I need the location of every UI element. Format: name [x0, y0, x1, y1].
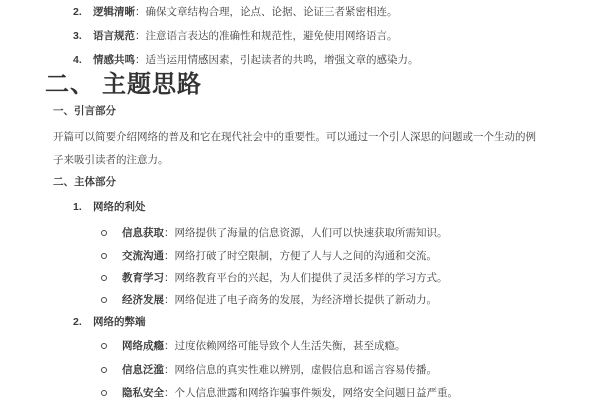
list-item-number: 2.: [73, 4, 93, 20]
circle-bullet-icon: [101, 390, 107, 396]
bullet-term: 交流沟通: [122, 250, 164, 262]
circle-bullet-icon: [101, 367, 107, 373]
bullet-term: 隐私安全: [122, 387, 164, 399]
list-item-desc: ：确保文章结构合理，论点、论据、论证三者紧密相连。: [135, 4, 398, 20]
body-section-title: 二、主体部分: [53, 174, 116, 190]
circle-bullet-icon: [101, 343, 107, 349]
list-item-term: 语言规范: [93, 28, 135, 44]
list-item-desc: ：注意语言表达的准确性和规范性，避免使用网络语言。: [135, 28, 398, 44]
bullet-item: 交流沟通：网络打破了时空限制，方便了人与人之间的沟通和交流。: [0, 248, 600, 264]
circle-bullet-icon: [101, 297, 107, 303]
subsection-title: 网络的利处: [93, 199, 146, 215]
intro-paragraph: 开篇可以简要介绍网络的普及和它在现代社会中的重要性。可以通过一个引人深思的问题或…: [53, 126, 545, 172]
subsection-title: 网络的弊端: [93, 314, 146, 330]
subsection-title-row: 2. 网络的弊端: [0, 314, 600, 330]
list-item-number: 3.: [73, 28, 93, 44]
bullet-desc: ：网络信息的真实性难以辨别，虚假信息和谣言容易传播。: [164, 364, 437, 376]
bullet-term: 信息获取: [122, 227, 164, 239]
heading-title: 主题思路: [102, 64, 202, 99]
bullet-desc: ：网络促进了电子商务的发展，为经济增长提供了新动力。: [164, 294, 437, 306]
bullet-desc: ：网络教育平台的兴起，为人们提供了灵活多样的学习方式。: [164, 272, 448, 284]
bullet-term: 经济发展: [122, 294, 164, 306]
bullet-item: 教育学习：网络教育平台的兴起，为人们提供了灵活多样的学习方式。: [0, 270, 600, 286]
subsection-number: 1.: [73, 199, 93, 215]
bullet-desc: ：网络提供了海量的信息资源，人们可以快速获取所需知识。: [164, 227, 448, 239]
circle-bullet-icon: [101, 253, 107, 259]
bullet-desc: ：网络打破了时空限制，方便了人与人之间的沟通和交流。: [164, 250, 437, 262]
circle-bullet-icon: [101, 230, 107, 236]
intro-section-title-row: 一、引言部分: [0, 103, 600, 119]
section-heading: 二、 主题思路: [45, 64, 202, 98]
bullet-term: 教育学习: [122, 272, 164, 284]
bullet-item: 信息泛滥：网络信息的真实性难以辨别，虚假信息和谣言容易传播。: [0, 362, 600, 378]
bullet-term: 信息泛滥: [122, 364, 164, 376]
bullet-desc: ：个人信息泄露和网络诈骗事件频发，网络安全问题日益严重。: [164, 387, 458, 399]
bullet-desc: ：过度依赖网络可能导致个人生活失衡，甚至成瘾。: [164, 340, 406, 352]
bullet-item: 经济发展：网络促进了电子商务的发展，为经济增长提供了新动力。: [0, 292, 600, 308]
list-item-term: 逻辑清晰: [93, 4, 135, 20]
document-page: 2. 逻辑清晰 ：确保文章结构合理，论点、论据、论证三者紧密相连。 3. 语言规…: [0, 0, 600, 400]
intro-section-title: 一、引言部分: [53, 103, 116, 119]
subsection-number: 2.: [73, 314, 93, 330]
bullet-item: 网络成瘾：过度依赖网络可能导致个人生活失衡，甚至成瘾。: [0, 338, 600, 354]
body-section-title-row: 二、主体部分: [0, 174, 600, 190]
numbered-list-item: 3. 语言规范 ：注意语言表达的准确性和规范性，避免使用网络语言。: [0, 28, 600, 44]
subsection-title-row: 1. 网络的利处: [0, 199, 600, 215]
bullet-item: 信息获取：网络提供了海量的信息资源，人们可以快速获取所需知识。: [0, 225, 600, 241]
heading-number: 二、: [45, 64, 95, 99]
bullet-item: 隐私安全：个人信息泄露和网络诈骗事件频发，网络安全问题日益严重。: [0, 385, 600, 400]
circle-bullet-icon: [101, 275, 107, 281]
numbered-list-item: 2. 逻辑清晰 ：确保文章结构合理，论点、论据、论证三者紧密相连。: [0, 4, 600, 20]
bullet-term: 网络成瘾: [122, 340, 164, 352]
